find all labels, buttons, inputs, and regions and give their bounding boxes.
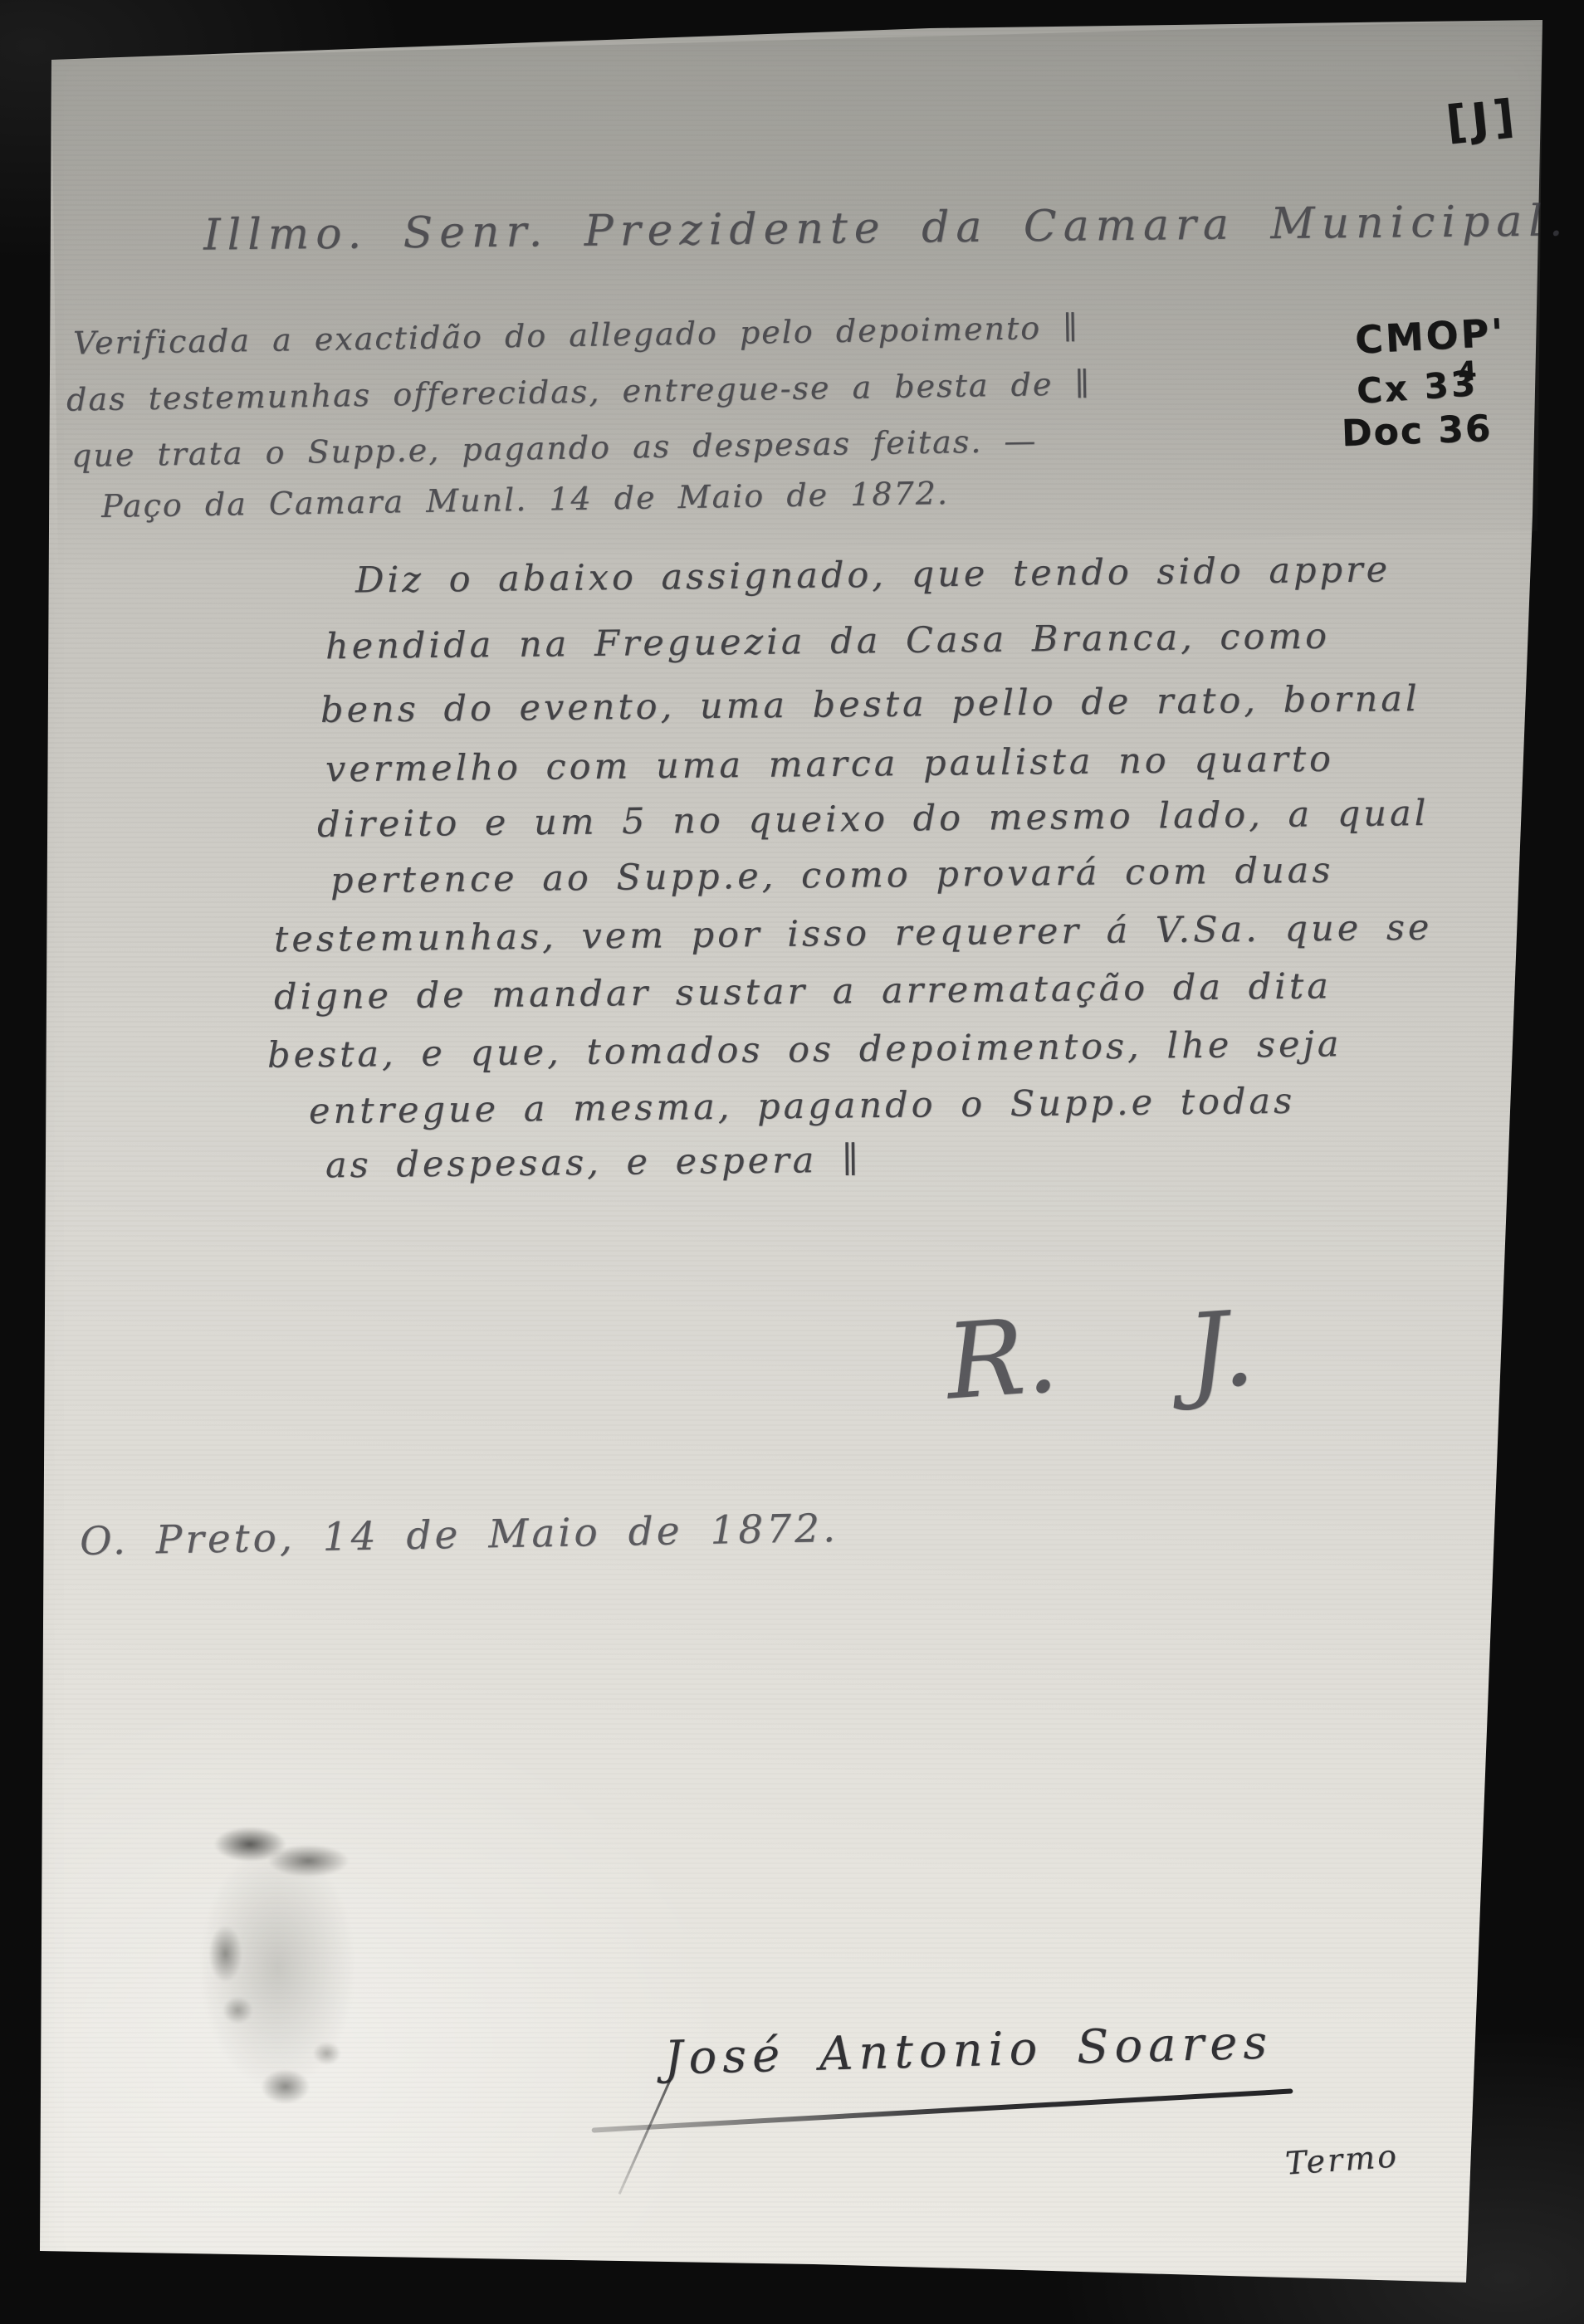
scanned-manuscript-page: [J] CMOP' 4 Cx 33 Doc 36 Illmo. Senr. Pr…	[0, 0, 1584, 2324]
petition-line: as despesas, e espera ∥	[325, 1140, 862, 1187]
archival-bracket-note: [J]	[1444, 90, 1522, 149]
archival-doc-label: Doc 36	[1341, 408, 1493, 455]
stamp-stain	[201, 1801, 354, 2133]
initial-left: R.	[942, 1296, 1062, 1423]
archival-box-label: Cx 33	[1355, 363, 1479, 412]
initial-right: J.	[1183, 1288, 1258, 1413]
archival-collection-code: CMOP'	[1354, 310, 1507, 362]
